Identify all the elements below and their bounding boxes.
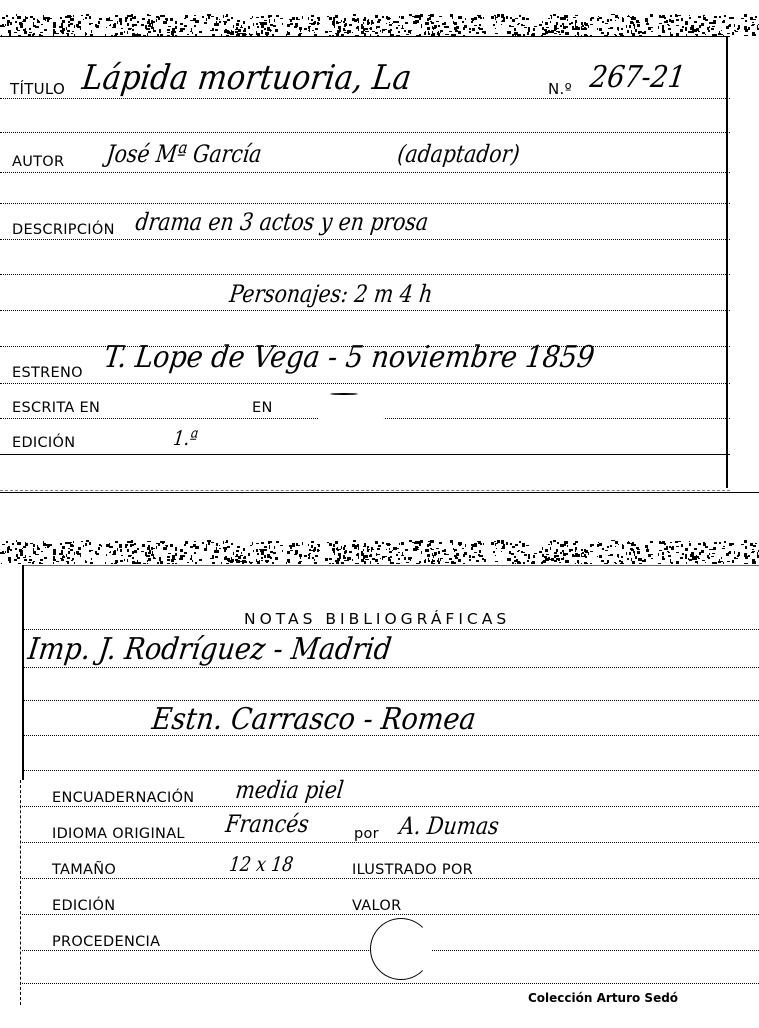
rule: [22, 629, 759, 630]
section-heading: NOTAS BIBLIOGRÁFICAS: [244, 610, 510, 628]
rule: [22, 983, 759, 984]
note-line-1: Imp. J. Rodríguez - Madrid: [26, 632, 393, 667]
collection-footer: Colección Arturo Sedó: [528, 991, 678, 1005]
label-tamano: TAMAÑO: [52, 862, 116, 878]
card-border-left: [22, 565, 24, 780]
label-por: por: [354, 826, 379, 842]
rule: [22, 842, 759, 843]
rule: [22, 667, 759, 668]
rule: [22, 565, 759, 566]
label-procedencia: PROCEDENCIA: [52, 934, 160, 950]
rule: [22, 914, 759, 915]
rule: [22, 770, 759, 771]
value-idioma-original: Francés: [224, 810, 311, 838]
punch-hole: [370, 918, 432, 980]
note-line-2: Estn. Carrasco - Romea: [150, 702, 478, 737]
rule: [22, 700, 759, 701]
label-ilustrado-por: ILUSTRADO POR: [352, 862, 473, 878]
catalog-card-bottom: NOTAS BIBLIOGRÁFICAS Imp. J. Rodríguez -…: [0, 0, 759, 1028]
rule: [22, 878, 759, 879]
card-border-left: [20, 780, 21, 1005]
value-tamano: 12 x 18: [228, 852, 295, 876]
value-por: A. Dumas: [398, 812, 501, 840]
label-valor: VALOR: [352, 898, 401, 914]
label-edicion-bottom: EDICIÓN: [52, 898, 115, 914]
label-encuadernacion: ENCUADERNACIÓN: [52, 790, 194, 806]
rule: [22, 806, 759, 807]
value-encuadernacion: media piel: [234, 776, 345, 804]
label-idioma-original: IDIOMA ORIGINAL: [52, 826, 185, 842]
